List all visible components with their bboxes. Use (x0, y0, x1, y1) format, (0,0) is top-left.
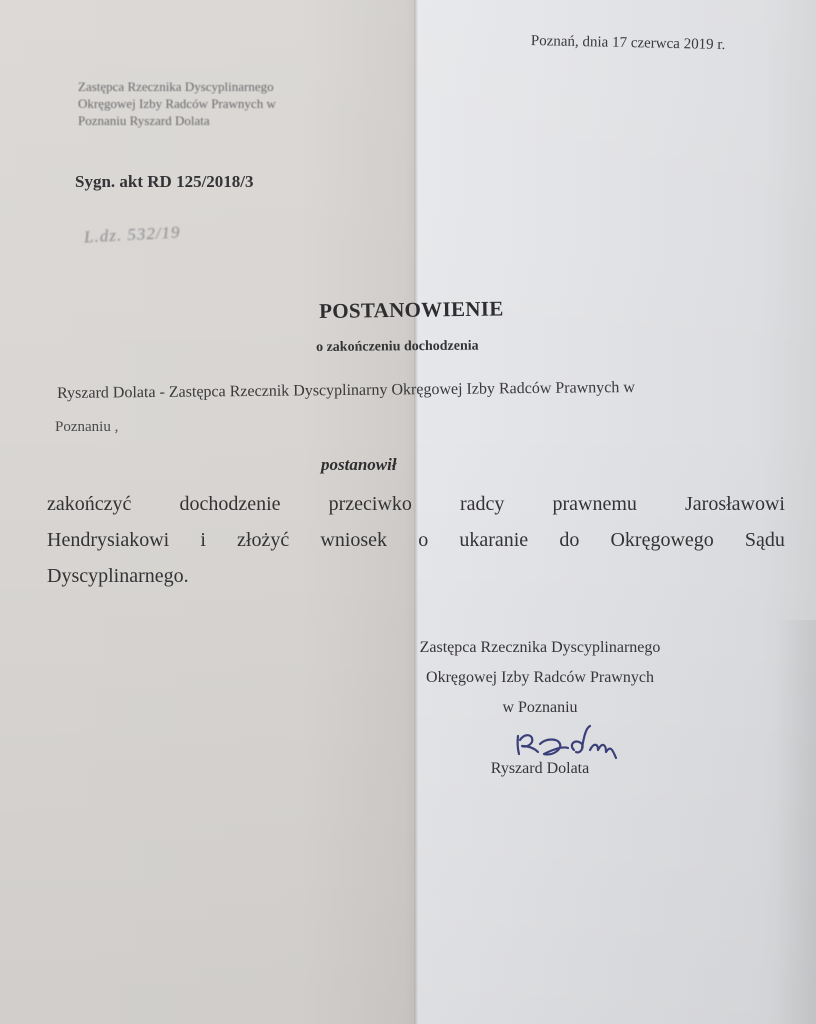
body-word: Okręgowego (610, 522, 713, 558)
body-line: zakończyćdochodzenieprzeciwkoradcyprawne… (47, 486, 785, 522)
body-word: ukaranie (459, 522, 528, 558)
body-word: i (200, 522, 206, 558)
signatory-title: Zastępca Rzecznika Dyscyplinarnego (380, 633, 700, 663)
body-word: wniosek (320, 522, 387, 558)
intro-line-2: Poznaniu , (55, 419, 118, 436)
sender-line: Poznaniu Ryszard Dolata (78, 112, 276, 129)
body-line: HendrysiakowiizłożyćwniosekoukaraniedoOk… (47, 522, 785, 558)
body-word: zakończyć (47, 486, 131, 522)
document-title: POSTANOWIENIE (319, 296, 504, 324)
document-subtitle: o zakończeniu dochodzenia (316, 339, 479, 356)
signatory-institution: Okręgowej Izby Radców Prawnych (380, 663, 700, 693)
sender-block: Zastępca Rzecznika Dyscyplinarnego Okręg… (78, 78, 276, 129)
body-word: dochodzenie (179, 486, 280, 522)
body-word: do (559, 522, 579, 558)
case-reference: Sygn. akt RD 125/2018/3 (75, 172, 254, 192)
body-line: Dyscyplinarnego. (47, 558, 785, 594)
body-word: przeciwko (329, 486, 412, 522)
body-word: złożyć (237, 522, 289, 558)
signatory-city: w Poznaniu (380, 693, 700, 723)
body-word: Jarosławowi (685, 486, 785, 522)
body-word: prawnemu (553, 486, 637, 522)
body-text: Dyscyplinarnego. (47, 558, 189, 594)
signatory-name: Ryszard Dolata (380, 760, 700, 778)
body-word: Sądu (745, 522, 785, 558)
paper-edge-shadow (776, 620, 816, 1024)
body-word: o (418, 522, 428, 558)
decision-body: zakończyćdochodzenieprzeciwkoradcyprawne… (47, 486, 785, 594)
sender-line: Zastępca Rzecznika Dyscyplinarnego (78, 78, 276, 95)
signatory-block: Zastępca Rzecznika Dyscyplinarnego Okręg… (380, 633, 700, 723)
sender-line: Okręgowej Izby Radców Prawnych w (78, 95, 276, 112)
handwritten-signature-icon (512, 722, 624, 762)
body-word: radcy (460, 486, 504, 522)
decision-word: postanowił (321, 455, 397, 475)
body-word: Hendrysiakowi (47, 522, 169, 558)
